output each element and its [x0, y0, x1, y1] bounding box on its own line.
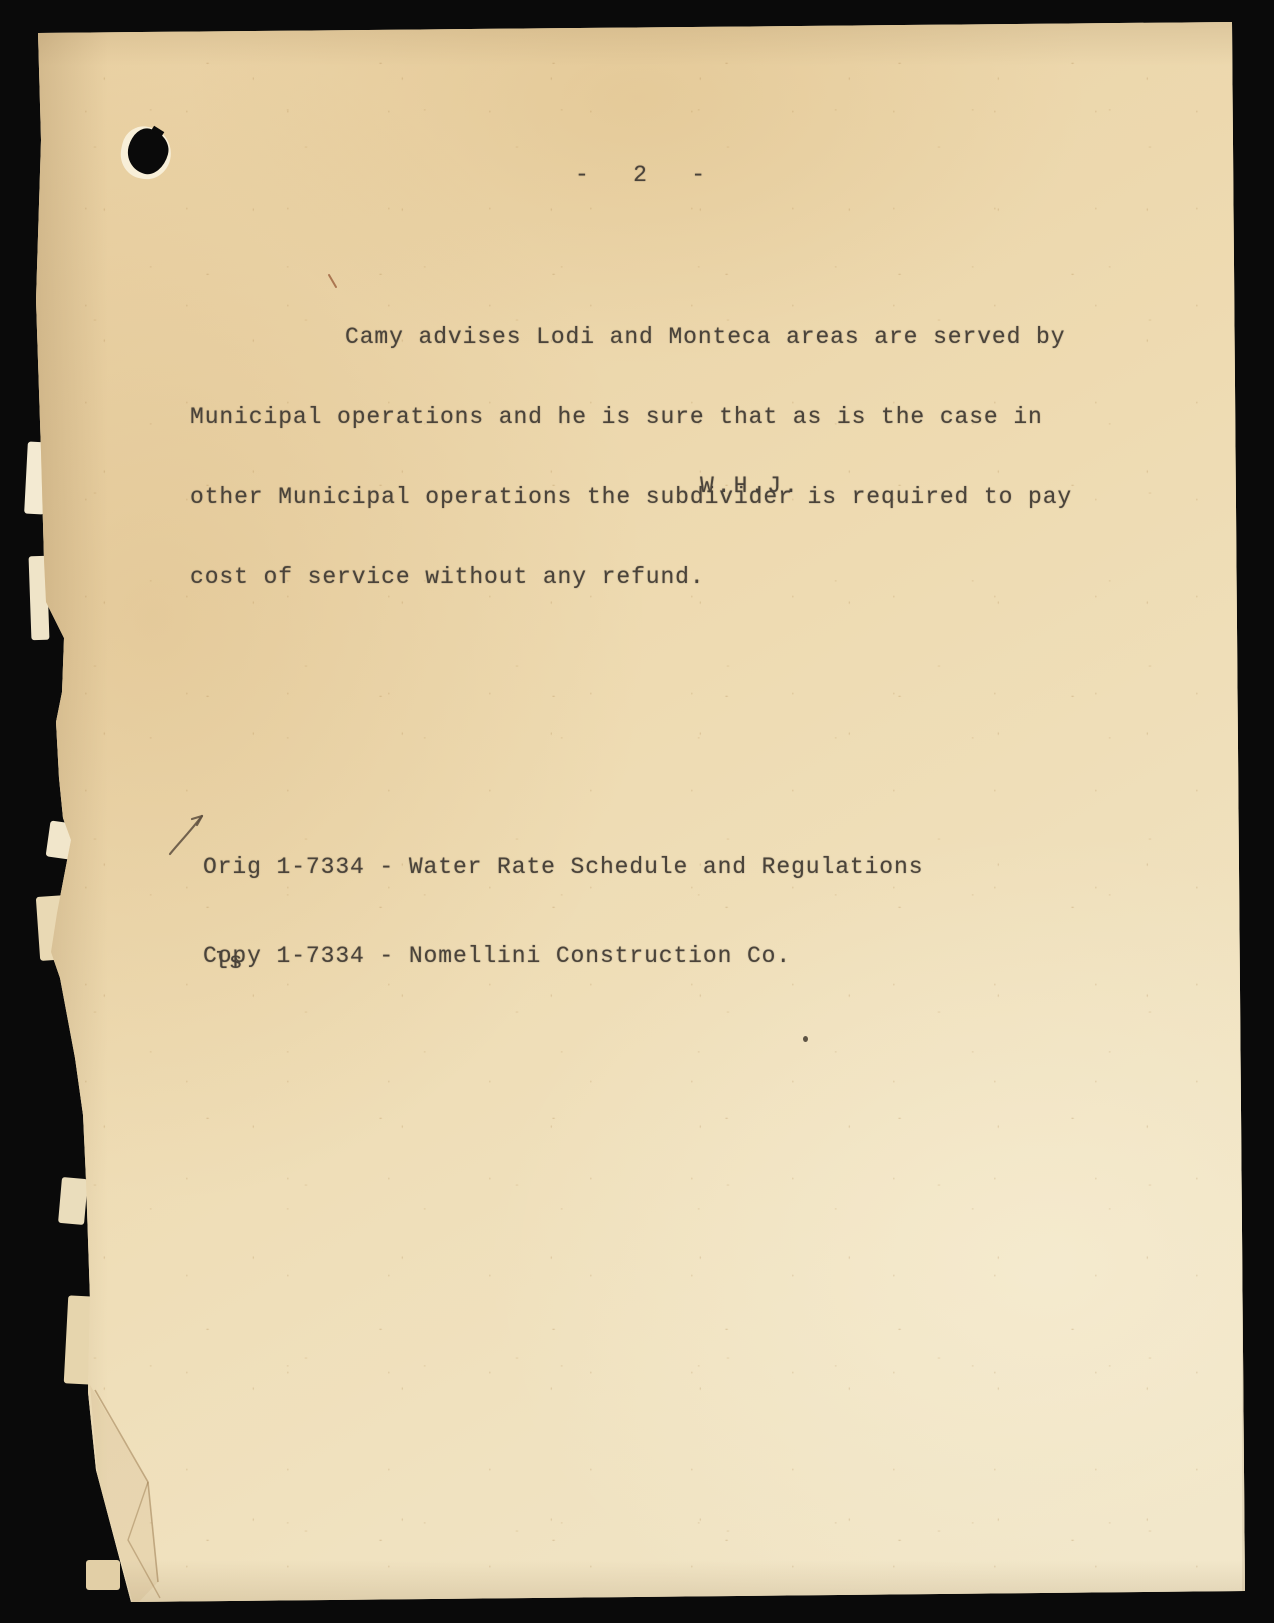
typist-initials: ls [214, 949, 243, 975]
distribution-line-orig: Orig 1-7334 - Water Rate Schedule and Re… [203, 853, 923, 883]
paragraph-line: Municipal operations and he is sure that… [190, 404, 1072, 431]
ink-dot [803, 1036, 808, 1042]
handwritten-arrow-mark [164, 806, 212, 858]
signature-initials: W.H.J. [700, 473, 801, 499]
paragraph-line: cost of service without any refund. [190, 564, 1072, 591]
distribution-line-copy: Copy 1-7334 - Nomellini Construction Co. [203, 942, 923, 972]
edge-shadow-right [1242, 20, 1254, 1600]
paragraph-line: other Municipal operations the subdivide… [190, 484, 1072, 511]
body-paragraph: Camy advises Lodi and Monteca areas are … [190, 271, 1072, 643]
edge-shadow-top [36, 20, 1246, 66]
distribution-list: Orig 1-7334 - Water Rate Schedule and Re… [203, 794, 923, 1030]
paragraph-line: Camy advises Lodi and Monteca areas are … [190, 324, 1072, 351]
torn-edge-chip [86, 1560, 120, 1590]
pen-tick-mark [328, 274, 338, 288]
page-number: - 2 - [575, 162, 706, 188]
scanned-document-scene: - 2 - Camy advises Lodi and Monteca area… [0, 0, 1274, 1623]
torn-edge-chip [58, 1177, 88, 1225]
paper-sheet: - 2 - Camy advises Lodi and Monteca area… [0, 0, 1274, 1623]
